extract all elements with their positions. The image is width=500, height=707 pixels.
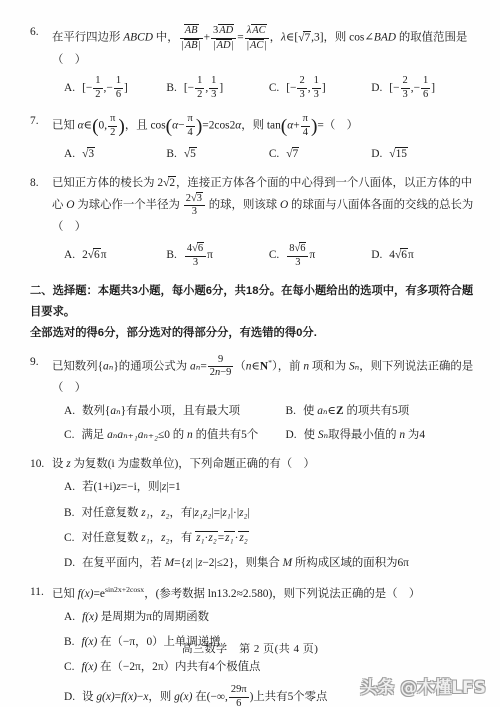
math-text: 使 (303, 405, 317, 417)
math-text: 6 (94, 249, 100, 261)
option-A: A.数列{aₙ}有最小项，且有最大项 (64, 403, 286, 420)
question-stem: 已知正方体的棱长为 2√2，连接正方体各个面的中心得到一个八面体，以正方体的中心… (52, 175, 482, 236)
math-set-symbol: Z (336, 405, 344, 417)
math-text: π (303, 113, 308, 124)
overline-group: AC (251, 24, 266, 37)
math-text: | (199, 40, 201, 51)
section2-header-line1: 二、选择题：本题共3小题，每小题6分，共18分。在每小题给出的选项中，有多项符合… (30, 281, 482, 323)
math-text: ] (219, 82, 223, 94)
question-9: 9.已知数列{aₙ}的通项公式为 aₙ=92n−9（n∈N*），前 n 项和为 … (30, 354, 482, 444)
option-C: C.f(x) 在（−2π，2π）内共有4个极值点 (64, 659, 482, 676)
option-content: 在复平面内，若 M={z| |z−2|≤2}，则集合 M 所构成区域的面积为6π (82, 557, 409, 569)
math-text: 2 (197, 89, 202, 100)
options: A.若(1+i)z=−i，则|z|=1B.对任意复数 z₁，z₂，有|z₁z₂|… (52, 479, 482, 571)
math-text: 6 (300, 243, 305, 254)
math-text: 对任意复数 (81, 507, 141, 519)
math-set-symbol: N (260, 361, 268, 373)
math-text: − (178, 120, 184, 132)
options: A.[−12,−16]B.[−12,13]C.[−23,13]D.[−23,−1… (52, 75, 482, 101)
math-text: , (205, 82, 208, 94)
option-A: A.√3 (64, 146, 166, 163)
math-text: ∈ (328, 405, 336, 417)
option-D: D.√15 (371, 146, 408, 163)
question-stem: 在平行四边形 ABCD 中，AB|AB|+3AD|AD|=λAC|AC|，λ∈[… (52, 24, 482, 69)
option-A: A.若(1+i)z=−i，则|z|=1 (64, 479, 482, 496)
math-text: | (232, 40, 234, 51)
math-text: ,3]，则 cos∠ (311, 32, 374, 44)
math-text: π (408, 249, 414, 261)
option-label: C. (269, 148, 279, 160)
options: A.2√6πB.4√63πC.8√63πD.4√6π (52, 242, 482, 269)
math-text: ，有| (169, 507, 194, 519)
math-text: ] (322, 82, 326, 94)
math-text: π (309, 249, 315, 261)
math-text: 设 (52, 458, 66, 470)
option-label: D. (371, 82, 382, 94)
fraction-numerator: π (186, 113, 195, 127)
math-variable: aₙaₙ₊₁aₙ₊₂ (107, 429, 158, 441)
question-number: 6. (30, 24, 39, 41)
radicand: 3 (196, 192, 203, 205)
math-text: 1 (95, 75, 100, 86)
math-text: 设 (82, 691, 96, 703)
option-content: 4√63π (184, 249, 213, 261)
math-text: =e (93, 588, 104, 600)
square-root: √7 (298, 32, 311, 44)
math-variable: z₁ (196, 532, 204, 544)
option-content: 8√63π (286, 249, 315, 261)
overline-group: AC (249, 39, 264, 52)
option-content: √15 (389, 148, 408, 160)
option-label: B. (286, 405, 296, 417)
option-D: D.使 Sₙ取得最小值的 n 为4 (286, 427, 482, 444)
math-text: 1 (197, 75, 202, 86)
option-label: A. (64, 481, 75, 493)
fraction-denominator: 4 (186, 127, 195, 140)
fraction-denominator: 2 (108, 127, 117, 140)
math-text: 9 (218, 354, 223, 365)
question-stem: 已知 α∈(0,π2)，且 cos(α−π4)=2cos2α，则 tan(α+π… (52, 113, 482, 139)
math-text: =2cos2 (202, 120, 235, 132)
fraction: 16 (421, 75, 430, 101)
question-number: 11. (30, 584, 44, 601)
fraction: 8√63 (287, 242, 308, 269)
option-content: [−12,13] (184, 82, 223, 94)
fraction-numerator: 2√3 (184, 192, 205, 207)
math-text: 为球心作一个半径为 (74, 199, 182, 211)
math-text: 所构成区域的面积为6π (292, 557, 409, 569)
option-content: 使 Sₙ取得最小值的 n 为4 (304, 429, 425, 441)
math-text: 已知数列{ (52, 361, 103, 373)
math-text: 6 (236, 698, 241, 707)
math-text: 3 (193, 257, 198, 268)
math-text: 为复数(i 为虚数单位)，下列命题正确的有（ ） (71, 458, 315, 470)
option-D: D.在复平面内，若 M={z| |z−2|≤2}，则集合 M 所构成区域的面积为… (64, 555, 482, 572)
fraction-numerator: 2 (297, 75, 306, 89)
option-C: C.对任意复数 z₁，z₂，有 z₁·z₂=z₁·z₂ (64, 530, 482, 547)
fraction: 12 (93, 75, 102, 101)
math-text: [− (286, 82, 296, 94)
fraction: 3AD|AD| (211, 24, 236, 52)
math-text: ∈ (251, 361, 259, 373)
math-text: = (200, 361, 206, 373)
math-text: ， (150, 532, 161, 544)
math-variable: aₙ (190, 361, 200, 373)
math-text: 在(−∞, (192, 691, 227, 703)
math-text: 若(1+i) (82, 481, 116, 493)
option-label: D. (371, 249, 382, 261)
fraction-numerator: AB (180, 24, 203, 39)
fraction-numerator: π (301, 113, 310, 127)
math-text: ，有 (169, 532, 195, 544)
question-8: 8.已知正方体的棱长为 2√2，连接正方体各个面的中心得到一个八面体，以正方体的… (30, 175, 482, 270)
math-text: 2 (110, 127, 115, 138)
fraction-denominator: 3 (312, 89, 321, 102)
square-root: √15 (389, 148, 408, 160)
math-variable: O (280, 199, 288, 211)
fraction: 13 (312, 75, 321, 101)
overline-group: AB (184, 24, 199, 37)
math-text: |=1 (166, 481, 180, 493)
radicand: 6 (93, 248, 101, 262)
radicand: 7 (292, 147, 300, 161)
fraction-denominator: 3 (297, 89, 306, 102)
math-text: ∈ (84, 120, 92, 132)
fraction-numerator: 29π (229, 684, 249, 698)
option-label: D. (371, 148, 382, 160)
option-label: D. (64, 557, 75, 569)
math-text: ∈[ (286, 32, 298, 44)
math-variable: AB (185, 25, 198, 36)
math-variable: z₁z₂ (195, 507, 212, 519)
math-text: 7 (304, 32, 310, 44)
math-text: |·| (231, 507, 239, 519)
overline-group: z₂ (238, 531, 248, 545)
radicand: 3 (87, 147, 95, 161)
square-root: √6 (88, 249, 101, 261)
math-text: 在（−2π，2π）内共有4个极值点 (97, 661, 260, 673)
option-D: D.[−23,−16] (371, 75, 435, 101)
math-text: 已知 (52, 588, 78, 600)
option-label: B. (166, 249, 176, 261)
square-root: √6 (395, 249, 408, 261)
fraction-denominator: 3 (184, 206, 205, 219)
square-root: √6 (192, 243, 204, 254)
math-text: ， (150, 507, 161, 519)
math-variable: z₁ (141, 507, 149, 519)
option-content: 对任意复数 z₁，z₂，有|z₁z₂|=|z₁|·|z₂| (81, 507, 249, 519)
math-text: −2|≤2}，则集合 (202, 557, 282, 569)
option-content: √5 (184, 148, 197, 160)
fraction-denominator: 3 (401, 89, 410, 102)
square-root: √5 (184, 148, 197, 160)
math-text: 3 (295, 257, 300, 268)
page-footer: 高三数学 第 2 页(共 4 页) (0, 641, 500, 658)
math-variable: f(x) (121, 691, 137, 703)
option-label: B. (64, 507, 74, 519)
math-text: 的项共有5项 (344, 405, 410, 417)
math-text: ,− (411, 82, 420, 94)
math-text: ，(参考数据 ln13.2≈2.580)，则下列说法正确的是（ ） (144, 588, 420, 600)
math-variable: AD (219, 25, 233, 36)
math-variable: g(x) (174, 691, 192, 703)
math-text: , (308, 82, 311, 94)
fraction-numerator: 1 (421, 75, 430, 89)
option-label: C. (64, 532, 74, 544)
fraction-numerator: λAC (245, 24, 269, 39)
math-text: 5 (190, 148, 196, 160)
math-text: 6 (116, 89, 121, 100)
math-variable: Sₙ (318, 429, 328, 441)
question-stem: 已知数列{aₙ}的通项公式为 aₙ=92n−9（n∈N*），前 n 项和为 Sₙ… (52, 354, 482, 397)
math-text: 使 (304, 429, 318, 441)
option-D: D.4√6π (371, 247, 414, 264)
option-label: C. (64, 661, 74, 673)
option-label: A. (64, 405, 75, 417)
option-B: B.使 aₙ∈Z 的项共有5项 (286, 403, 482, 420)
option-content: 数列{aₙ}有最小项，且有最大项 (82, 405, 240, 417)
math-text: 3 (197, 193, 202, 204)
math-text: 已知 (52, 120, 78, 132)
options: A.√3B.√5C.√7D.√15 (52, 146, 482, 163)
math-text: π (110, 113, 115, 124)
fraction: π4 (301, 113, 310, 139)
option-A: A.[−12,−16] (64, 75, 166, 101)
superscript: sin2x+2cosx (105, 585, 144, 594)
option-label: B. (166, 82, 176, 94)
fraction-numerator: 3AD (211, 24, 236, 39)
math-text: 的球，则该球 (206, 199, 280, 211)
option-content: f(x) 在（−2π，2π）内共有4个极值点 (81, 661, 260, 673)
math-variable: g(x) (96, 691, 114, 703)
fraction: 23 (297, 75, 306, 101)
option-label: B. (166, 148, 176, 160)
square-root: √3 (191, 193, 203, 204)
fraction-denominator: |AD| (211, 39, 236, 53)
math-text: （ (234, 361, 245, 373)
math-variable: AD (217, 40, 231, 51)
fraction-denominator: |AB| (180, 39, 203, 53)
math-variable: aₙ (317, 405, 327, 417)
math-text: 3 (88, 148, 94, 160)
math-text: 取得最小值的 (328, 429, 399, 441)
option-B: B.对任意复数 z₁，z₂，有|z₁z₂|=|z₁|·|z₂| (64, 505, 482, 522)
math-variable: aₙ (103, 361, 113, 373)
math-text: }的通项公式为 (113, 361, 190, 373)
overline-group: z₁ (224, 531, 234, 545)
square-root: √3 (82, 148, 95, 160)
math-text: 1 (211, 75, 216, 86)
math-text: [− (184, 82, 194, 94)
math-text: sin2x+2cosx (105, 585, 144, 594)
math-text: 1 (116, 75, 121, 86)
option-content: [−12,−16] (82, 82, 128, 94)
radicand: 5 (189, 147, 197, 161)
watermark: 头条 @木槿LFS (360, 676, 486, 702)
math-text: 6 (198, 243, 203, 254)
fraction-denominator: 2 (195, 89, 204, 102)
fraction-numerator: 2 (401, 75, 410, 89)
question-stem: 已知 f(x)=esin2x+2cosx，(参考数据 ln13.2≈2.580)… (52, 584, 482, 603)
math-text: =（ ） (317, 120, 358, 132)
math-text: ={ (174, 557, 186, 569)
fraction: π2 (108, 113, 117, 139)
math-text: ≤0 的 (158, 429, 187, 441)
fraction-denominator: 3 (209, 89, 218, 102)
option-label: C. (269, 249, 279, 261)
fraction-numerator: 9 (208, 354, 234, 368)
math-variable: z₂ (208, 532, 216, 544)
option-content: √3 (82, 148, 95, 160)
math-text: 6 (401, 249, 407, 261)
math-text: | (264, 40, 266, 51)
math-text: 2 (403, 75, 408, 86)
math-text: 4 (188, 127, 193, 138)
square-root: √6 (295, 243, 307, 254)
overline-group: AD (218, 24, 234, 37)
option-content: 满足 aₙaₙ₊₁aₙ₊₂≤0 的 n 的值共有5个 (81, 429, 258, 441)
math-text: | | (191, 557, 198, 569)
fraction: 23 (401, 75, 410, 101)
math-variable: BAD (374, 32, 396, 44)
fraction-numerator: 4√6 (185, 242, 206, 257)
section1-questions: 6.在平行四边形 ABCD 中，AB|AB|+3AD|AD|=λAC|AC|，λ… (30, 24, 482, 269)
fraction: 4√63 (185, 242, 206, 269)
math-variable: z₂ (239, 507, 247, 519)
math-variable: z₁ (225, 532, 233, 544)
fraction-denominator: 3 (185, 257, 206, 270)
math-text: ，则 tan (241, 120, 281, 132)
fraction-denominator: 6 (114, 89, 123, 102)
section2-header: 二、选择题：本题共3小题，每小题6分，共18分。在每小题给出的选项中，有多项符合… (30, 281, 482, 344)
math-text: 满足 (81, 429, 107, 441)
fraction: π4 (186, 113, 195, 139)
math-text: 0, (99, 120, 108, 132)
options: A.数列{aₙ}有最小项，且有最大项B.使 aₙ∈Z 的项共有5项C.满足 aₙ… (52, 403, 482, 444)
math-variable: ABCD (123, 32, 153, 44)
fraction-denominator: 2 (93, 89, 102, 102)
option-label: D. (286, 429, 297, 441)
math-text: 1 (314, 75, 319, 86)
option-content: [−23,−16] (389, 82, 435, 94)
math-variable: z₁ (141, 532, 149, 544)
math-text: + (293, 120, 299, 132)
math-text: π (188, 113, 193, 124)
fraction: 29π6 (229, 684, 249, 707)
option-label: C. (269, 82, 279, 94)
math-text: ] (124, 82, 128, 94)
exam-page: 6.在平行四边形 ABCD 中，AB|AB|+3AD|AD|=λAC|AC|，λ… (0, 0, 500, 707)
math-text: |=| (211, 507, 222, 519)
math-variable: M (165, 557, 175, 569)
math-text: 的值共有5个 (193, 429, 259, 441)
math-text: ,− (104, 82, 113, 94)
math-text: 3 (403, 89, 408, 100)
math-text: 3 (299, 89, 304, 100)
question-number: 7. (30, 113, 39, 130)
option-C: C.[−23,13] (269, 75, 371, 101)
fraction-denominator: 2n−9 (208, 367, 234, 380)
radicand: 15 (395, 147, 408, 161)
option-label: C. (64, 429, 74, 441)
section2-header-line2: 全部选对的得6分，部分选对的得部分分，有选错的得0分. (30, 323, 482, 344)
math-text: π (101, 249, 107, 261)
math-text: 3 (211, 89, 216, 100)
option-C: C.8√63π (269, 242, 371, 269)
math-text: ，则 (148, 691, 174, 703)
fraction-numerator: 1 (312, 75, 321, 89)
math-text: 为4 (405, 429, 425, 441)
option-B: B.√5 (166, 146, 268, 163)
math-text: 7 (293, 148, 299, 160)
option-B: B.4√63π (166, 242, 268, 269)
fraction: λAC|AC| (245, 24, 269, 52)
fraction-numerator: 8√6 (287, 242, 308, 257)
math-variable: AC (250, 40, 263, 51)
option-label: A. (64, 82, 75, 94)
math-text: 2 (169, 177, 175, 189)
fraction-denominator: |AC| (245, 39, 269, 53)
option-A: A.f(x) 是周期为π的周期函数 (64, 609, 482, 626)
math-variable: f(x) (78, 588, 94, 600)
math-text: 29π (231, 684, 247, 695)
math-text: 已知正方体的棱长为 2 (52, 177, 163, 189)
radicand: 6 (299, 242, 306, 255)
radicand: 6 (400, 248, 408, 262)
math-text: 项和为 (309, 361, 349, 373)
option-content: [−23,13] (286, 82, 325, 94)
fraction-numerator: 1 (114, 75, 123, 89)
math-text: ，且 cos (125, 120, 166, 132)
question-number: 8. (30, 175, 39, 192)
fraction-numerator: 1 (93, 75, 102, 89)
math-variable: Sₙ (349, 361, 359, 373)
option-content: 对任意复数 z₁，z₂，有 z₁·z₂=z₁·z₂ (81, 532, 248, 544)
fraction: 2√33 (184, 192, 205, 219)
math-text: | (248, 507, 250, 519)
math-text: }有最小项，且有最大项 (121, 405, 240, 417)
math-variable: M (283, 557, 293, 569)
math-text: 在平行四边形 (52, 32, 123, 44)
fraction: 13 (209, 75, 218, 101)
fraction: 12 (195, 75, 204, 101)
math-text: )上共有5个零点 (250, 691, 328, 703)
math-text: 3 (314, 89, 319, 100)
math-variable: f(x) (81, 661, 97, 673)
option-content: 使 aₙ∈Z 的项共有5项 (303, 405, 409, 417)
fraction-denominator: 4 (301, 127, 310, 140)
math-text: [− (389, 82, 399, 94)
question-7: 7.已知 α∈(0,π2)，且 cos(α−π4)=2cos2α，则 tan(α… (30, 113, 482, 162)
option-A: A.2√6π (64, 247, 166, 264)
math-variable: AB (185, 40, 198, 51)
math-text: =−i，则| (121, 481, 162, 493)
option-label: D. (64, 691, 75, 703)
overline-group: AB (184, 39, 199, 52)
math-variable: aₙ (110, 405, 120, 417)
question-stem: 设 z 为复数(i 为虚数单位)，下列命题正确的有（ ） (52, 456, 482, 473)
math-text: 数列{ (82, 405, 110, 417)
option-C: C.满足 aₙaₙ₊₁aₙ₊₂≤0 的 n 的值共有5个 (64, 427, 286, 444)
radicand: 2 (168, 176, 176, 190)
option-label: A. (64, 249, 75, 261)
square-root: √2 (163, 177, 176, 189)
math-text: [− (82, 82, 92, 94)
option-content: 4√6π (389, 249, 413, 261)
math-text: + (204, 32, 210, 44)
math-text: = (237, 32, 243, 44)
math-text: 是周期为π的周期函数 (98, 611, 209, 623)
